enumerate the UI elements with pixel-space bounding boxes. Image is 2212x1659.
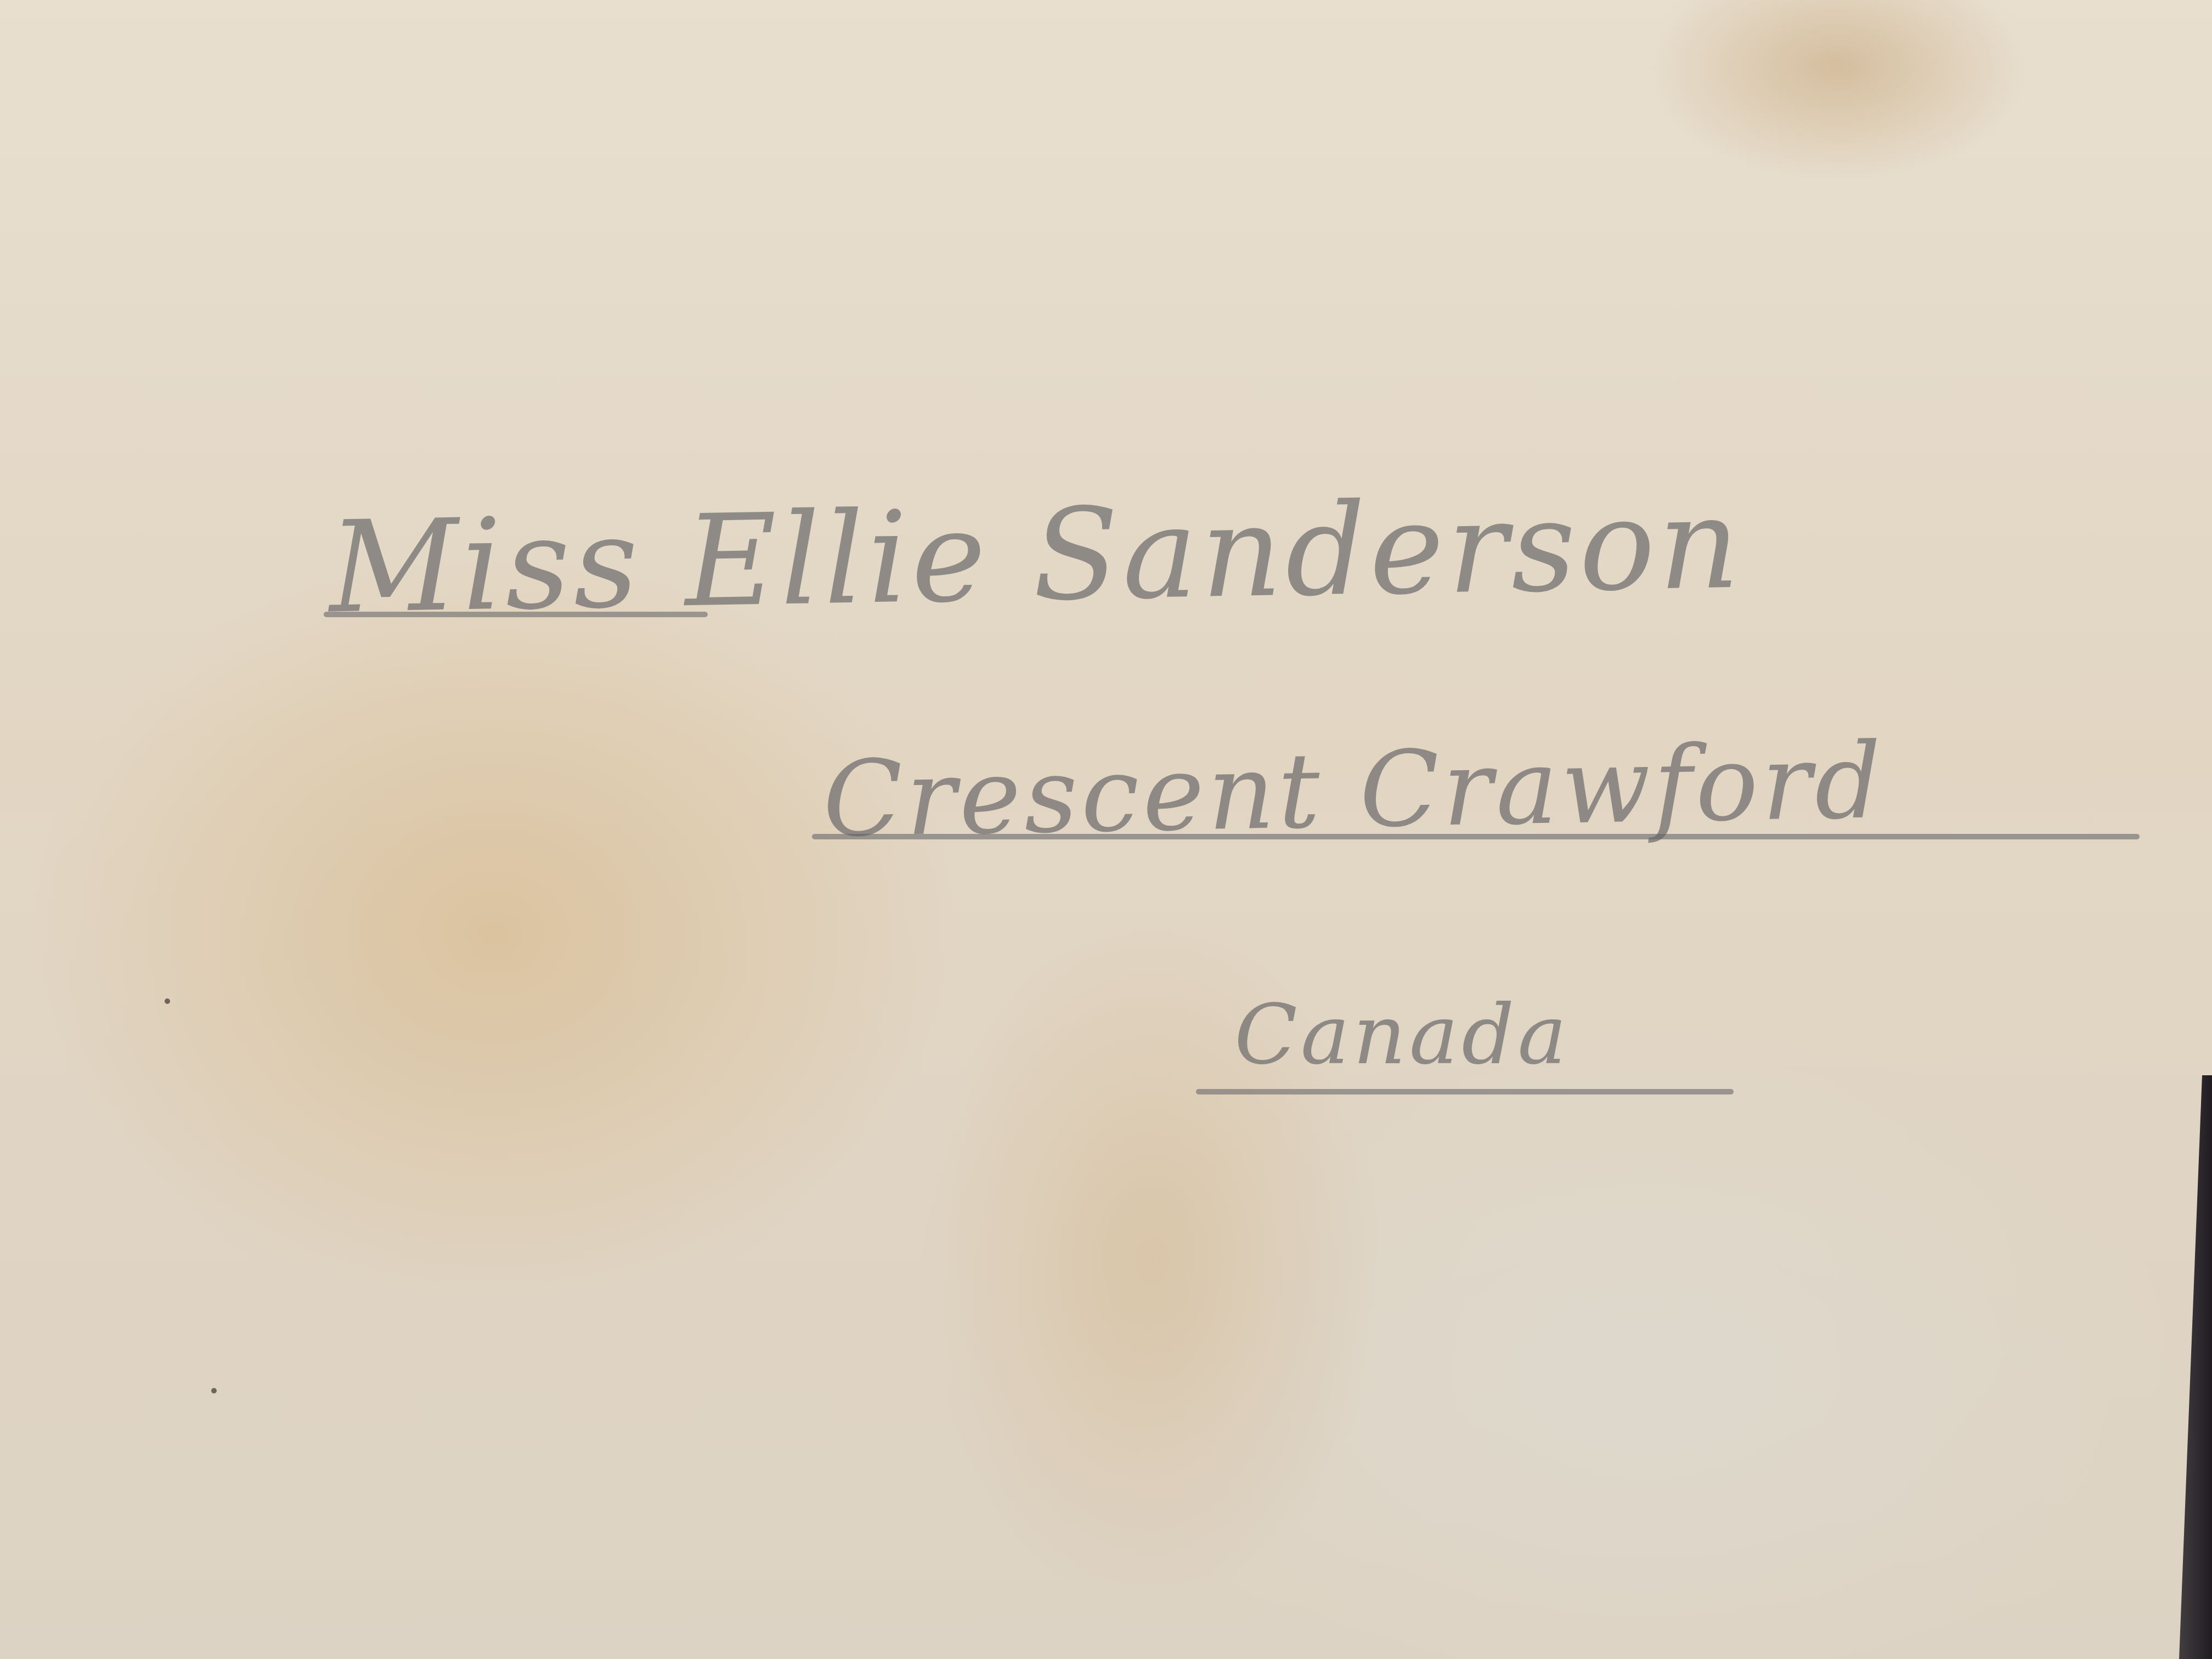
paper-speck (211, 1388, 217, 1393)
address-line-country: Canada (1234, 988, 1570, 1083)
paper-speck (165, 998, 170, 1004)
strikethrough-line (812, 834, 2140, 839)
pencil-stroke-underline (324, 612, 708, 617)
strikethrough-line (1196, 1089, 1734, 1094)
